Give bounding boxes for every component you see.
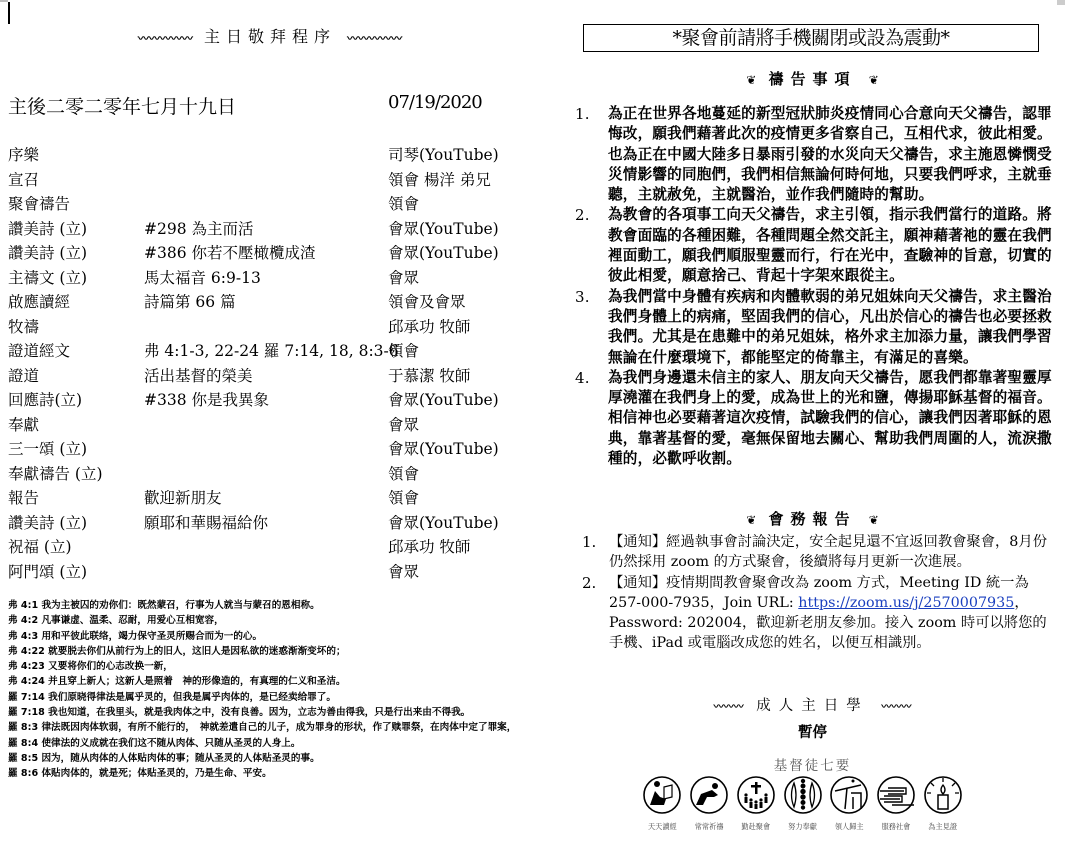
- program-by: 會眾: [388, 266, 419, 288]
- program-row: 三一頌 (立)會眾(YouTube): [8, 437, 538, 462]
- program-row: 祝福 (立)邱承功 牧師: [8, 535, 538, 560]
- program-row: 阿門頌 (立)會眾: [8, 560, 538, 585]
- verse-line: 弗 4:1 我为主被囚的劝你们：既然蒙召，行事为人就当与蒙召的恩相称。: [8, 598, 528, 613]
- program-row: 證道經文弗 4:1-3, 22-24 羅 7:14, 18, 8:3-6領會: [8, 339, 538, 364]
- program-title-text: 主日敬拜程序: [204, 27, 336, 46]
- announcement-heading-text: 會務報告: [768, 510, 856, 528]
- seven-essential-item: 為主見證: [920, 775, 965, 837]
- prayer-text: 為教會的各項事工向天父禱告，求主引領，指示我們當行的道路。將教會面臨的各種困難，…: [608, 206, 1052, 284]
- verse-line: 弗 4:24 并且穿上新人；这新人是照着 神的形像造的，有真理的仁义和圣洁。: [8, 674, 528, 689]
- program-row: 宣召領會 楊洋 弟兄: [8, 168, 538, 193]
- prayer-number: 2.: [575, 205, 590, 225]
- program-by: 領會: [388, 339, 419, 361]
- program-row: 回應詩(立)#338 你是我異象會眾(YouTube): [8, 388, 538, 413]
- program-content: 馬太福音 6:9-13: [144, 266, 261, 288]
- announcement-number: 2.: [582, 573, 596, 593]
- program-by: 領會及會眾: [388, 290, 466, 312]
- ornament-icon: ❦: [746, 513, 756, 527]
- candle-witness-icon: [921, 775, 965, 819]
- church-gathering-icon: [734, 775, 778, 819]
- program-content: #338 你是我異象: [144, 388, 269, 410]
- program-item: 牧禱: [8, 315, 39, 337]
- program-item: 序樂: [8, 143, 39, 165]
- adult-sunday-school-heading: 〰〰〰 成人主日學 〰〰〰: [560, 694, 1065, 715]
- program-row: 證道活出基督的榮美于慕潔 牧師: [8, 364, 538, 389]
- verse-line: 羅 7:14 我们原晓得律法是属乎灵的，但我是属乎肉体的，是已经卖给罪了。: [8, 690, 528, 705]
- verse-line: 弗 4:2 凡事谦虚、温柔、忍耐，用爱心互相宽容，: [8, 613, 528, 628]
- program-row: 啟應讀經詩篇第 66 篇領會及會眾: [8, 290, 538, 315]
- ornament-icon: ❦: [869, 73, 879, 87]
- seven-essential-caption: 勤赴聚會: [741, 822, 770, 832]
- program-item: 祝福 (立): [8, 535, 72, 557]
- prayer-item: 3.為我們當中身體有疾病和肉體軟弱的弟兄姐妹向天父禱告，求主醫治我們身體上的病痛…: [575, 287, 1055, 368]
- program-list: 序樂司琴(YouTube)宣召領會 楊洋 弟兄聚會禱告領會讚美詩 (立)#298…: [8, 143, 538, 584]
- prayer-item: 1.為正在世界各地蔓延的新型冠狀肺炎疫情同心合意向天父禱告，認罪悔改，願我們藉著…: [575, 104, 1055, 205]
- program-row: 奉獻禱告 (立)領會: [8, 462, 538, 487]
- ornament-icon: 〰〰〰〰〰: [347, 32, 402, 45]
- reading-bible-icon: [640, 775, 684, 819]
- program-by: 會眾(YouTube): [388, 511, 499, 533]
- announcement-number: 1.: [582, 532, 596, 552]
- serve-society-icon: [874, 775, 918, 819]
- adult-school-status: 暫停: [560, 721, 1065, 742]
- verse-line: 弗 4:3 用和平彼此联络，竭力保守圣灵所赐合而为一的心。: [8, 629, 528, 644]
- program-row: 主禱文 (立)馬太福音 6:9-13會眾: [8, 266, 538, 291]
- prayer-number: 1.: [575, 104, 590, 124]
- program-item: 回應詩(立): [8, 388, 82, 410]
- program-content: 願耶和華賜福給你: [144, 511, 268, 533]
- program-item: 報告: [8, 486, 39, 508]
- program-by: 領會 楊洋 弟兄: [388, 168, 491, 190]
- ornament-icon: 〰〰〰〰〰: [138, 32, 193, 45]
- ornament-icon: 〰〰〰: [881, 702, 911, 713]
- seven-essential-caption: 服務社會: [882, 822, 911, 832]
- program-by: 司琴(YouTube): [388, 143, 499, 165]
- program-row: 聚會禱告領會: [8, 192, 538, 217]
- seven-essential-item: 天天讀經: [640, 775, 685, 837]
- verse-line: 羅 8:4 使律法的义成就在我们这不随从肉体、只随从圣灵的人身上。: [8, 736, 528, 751]
- verse-line: 弗 4:22 就要脱去你们从前行为上的旧人，这旧人是因私欲的迷惑渐渐变坏的；: [8, 644, 528, 659]
- ornament-icon: 〰〰〰: [714, 702, 744, 713]
- program-by: 于慕潔 牧師: [388, 364, 470, 386]
- prayer-item: 2.為教會的各項事工向天父禱告，求主引領，指示我們當行的道路。將教會面臨的各種困…: [575, 205, 1055, 286]
- verse-line: 羅 8:6 体贴肉体的，就是死；体贴圣灵的，乃是生命、平安。: [8, 766, 528, 781]
- prayer-heading-text: 禱告事項: [768, 70, 856, 88]
- program-item: 宣召: [8, 168, 39, 190]
- program-item: 奉獻禱告 (立): [8, 462, 103, 484]
- program-content: 活出基督的榮美: [144, 364, 253, 386]
- seven-essential-caption: 常常祈禱: [695, 822, 724, 832]
- verse-line: 羅 8:5 因为，随从肉体的人体贴肉体的事；随从圣灵的人体贴圣灵的事。: [8, 751, 528, 766]
- program-by: 會眾(YouTube): [388, 241, 499, 263]
- seven-essential-item: 服務社會: [874, 775, 919, 837]
- program-item: 阿門頌 (立): [8, 560, 87, 582]
- lead-to-lord-icon: [827, 775, 871, 819]
- announcement-item: 2.【通知】疫情期間教會聚會改為 zoom 方式，Meeting ID 統一為 …: [582, 573, 1052, 654]
- program-by: 會眾(YouTube): [388, 437, 499, 459]
- program-by: 領會: [388, 192, 419, 214]
- announcement-list: 1.【通知】經過執事會討論決定，安全起見還不宜返回教會聚會，8月份仍然採用 zo…: [582, 532, 1052, 654]
- seven-essential-caption: 為主見證: [928, 822, 957, 832]
- announcement-text: 【通知】經過執事會討論決定，安全起見還不宜返回教會聚會，8月份仍然採用 zoom…: [609, 534, 1047, 570]
- program-item: 三一頌 (立): [8, 437, 87, 459]
- prayer-text: 為我們當中身體有疾病和肉體軟弱的弟兄姐妹向天父禱告，求主醫治我們身體上的病痛，堅…: [608, 288, 1052, 366]
- ornament-icon: ❦: [746, 73, 756, 87]
- prayer-list: 1.為正在世界各地蔓延的新型冠狀肺炎疫情同心合意向天父禱告，認罪悔改，願我們藉著…: [575, 104, 1055, 469]
- program-item: 證道經文: [8, 339, 70, 361]
- verse-line: 弗 4:23 又要将你们的心志改换一新，: [8, 659, 528, 674]
- date-chinese: 主後二零二零年七月十九日: [8, 92, 236, 119]
- program-item: 聚會禱告: [8, 192, 70, 214]
- program-item: 讚美詩 (立): [8, 217, 87, 239]
- program-item: 主禱文 (立): [8, 266, 87, 288]
- worship-program-page: 〰〰〰〰〰 主日敬拜程序 〰〰〰〰〰 主後二零二零年七月十九日 07/19/20…: [0, 0, 540, 843]
- program-content: 歡迎新朋友: [144, 486, 222, 508]
- program-content: #386 你若不壓橄欖成渣: [144, 241, 316, 263]
- program-row: 讚美詩 (立)#298 為主而活會眾(YouTube): [8, 217, 538, 242]
- program-by: 會眾: [388, 560, 419, 582]
- program-item: 奉獻: [8, 413, 39, 435]
- program-item: 讚美詩 (立): [8, 241, 87, 263]
- program-row: 序樂司琴(YouTube): [8, 143, 538, 168]
- program-item: 證道: [8, 364, 39, 386]
- announcement-heading: ❦ 會務報告 ❦: [560, 508, 1065, 529]
- program-by: 會眾: [388, 413, 419, 435]
- seven-essential-item: 領人歸主: [827, 775, 872, 837]
- prayer-text: 為我們身邊還未信主的家人、朋友向天父禱告，愿我們都靠著聖靈厚厚澆灌在我們身上的愛…: [608, 369, 1052, 467]
- seven-essentials-title: 基督徒七要: [560, 754, 1065, 774]
- program-by: 領會: [388, 486, 419, 508]
- program-content: 詩篇第 66 篇: [144, 290, 236, 312]
- verse-line: 羅 8:3 律法既因肉体软弱，有所不能行的， 神就差遣自己的儿子，成为罪身的形状…: [8, 720, 528, 735]
- program-by: 邱承功 牧師: [388, 315, 470, 337]
- ornament-icon: ❦: [869, 513, 879, 527]
- announcement-item: 1.【通知】經過執事會討論決定，安全起見還不宜返回教會聚會，8月份仍然採用 zo…: [582, 532, 1052, 573]
- prayer-number: 4.: [575, 368, 590, 388]
- program-row: 牧禱邱承功 牧師: [8, 315, 538, 340]
- program-content: #298 為主而活: [144, 217, 254, 239]
- phone-notice-box: *聚會前請將手機關閉或設為震動*: [583, 24, 1039, 52]
- kneeling-prayer-icon: [687, 775, 731, 819]
- prayer-item: 4.為我們身邊還未信主的家人、朋友向天父禱告，愿我們都靠著聖靈厚厚澆灌在我們身上…: [575, 368, 1055, 469]
- program-row: 報告歡迎新朋友領會: [8, 486, 538, 511]
- seven-essential-caption: 天天讀經: [648, 822, 677, 832]
- prayer-number: 3.: [575, 287, 590, 307]
- program-by: 領會: [388, 462, 419, 484]
- program-by: 會眾(YouTube): [388, 388, 499, 410]
- prayer-text: 為正在世界各地蔓延的新型冠狀肺炎疫情同心合意向天父禱告，認罪悔改，願我們藉著此次…: [608, 105, 1052, 203]
- seven-essentials-icons: 天天讀經常常祈禱勤赴聚會努力奉獻領人歸主服務社會為主見證: [640, 775, 965, 837]
- prayer-heading: ❦ 禱告事項 ❦: [560, 68, 1065, 89]
- program-by: 邱承功 牧師: [388, 535, 470, 557]
- program-title: 〰〰〰〰〰 主日敬拜程序 〰〰〰〰〰: [0, 24, 540, 47]
- announcements-page: *聚會前請將手機關閉或設為震動* ❦ 禱告事項 ❦ 1.為正在世界各地蔓延的新型…: [560, 0, 1065, 843]
- date-numeric: 07/19/2020: [388, 92, 482, 113]
- seven-essential-caption: 努力奉獻: [788, 822, 817, 832]
- offering-icon: [781, 775, 825, 819]
- seven-essential-item: 努力奉獻: [780, 775, 825, 837]
- program-item: 讚美詩 (立): [8, 511, 87, 533]
- verse-line: 羅 7:18 我也知道，在我里头，就是我肉体之中，没有良善。因为，立志为善由得我…: [8, 705, 528, 720]
- zoom-link[interactable]: https://zoom.us/j/2570007935: [798, 595, 1014, 611]
- scripture-verses: 弗 4:1 我为主被囚的劝你们：既然蒙召，行事为人就当与蒙召的恩相称。弗 4:2…: [8, 598, 528, 782]
- seven-essential-caption: 領人歸主: [835, 822, 864, 832]
- seven-essential-item: 常常祈禱: [687, 775, 732, 837]
- program-row: 奉獻會眾: [8, 413, 538, 438]
- program-item: 啟應讀經: [8, 290, 70, 312]
- adult-heading-text: 成人主日學: [756, 698, 869, 714]
- program-content: 弗 4:1-3, 22-24 羅 7:14, 18, 8:3-6: [144, 339, 399, 361]
- program-by: 會眾(YouTube): [388, 217, 499, 239]
- program-row: 讚美詩 (立)願耶和華賜福給你會眾(YouTube): [8, 511, 538, 536]
- seven-essential-item: 勤赴聚會: [733, 775, 778, 837]
- program-row: 讚美詩 (立)#386 你若不壓橄欖成渣會眾(YouTube): [8, 241, 538, 266]
